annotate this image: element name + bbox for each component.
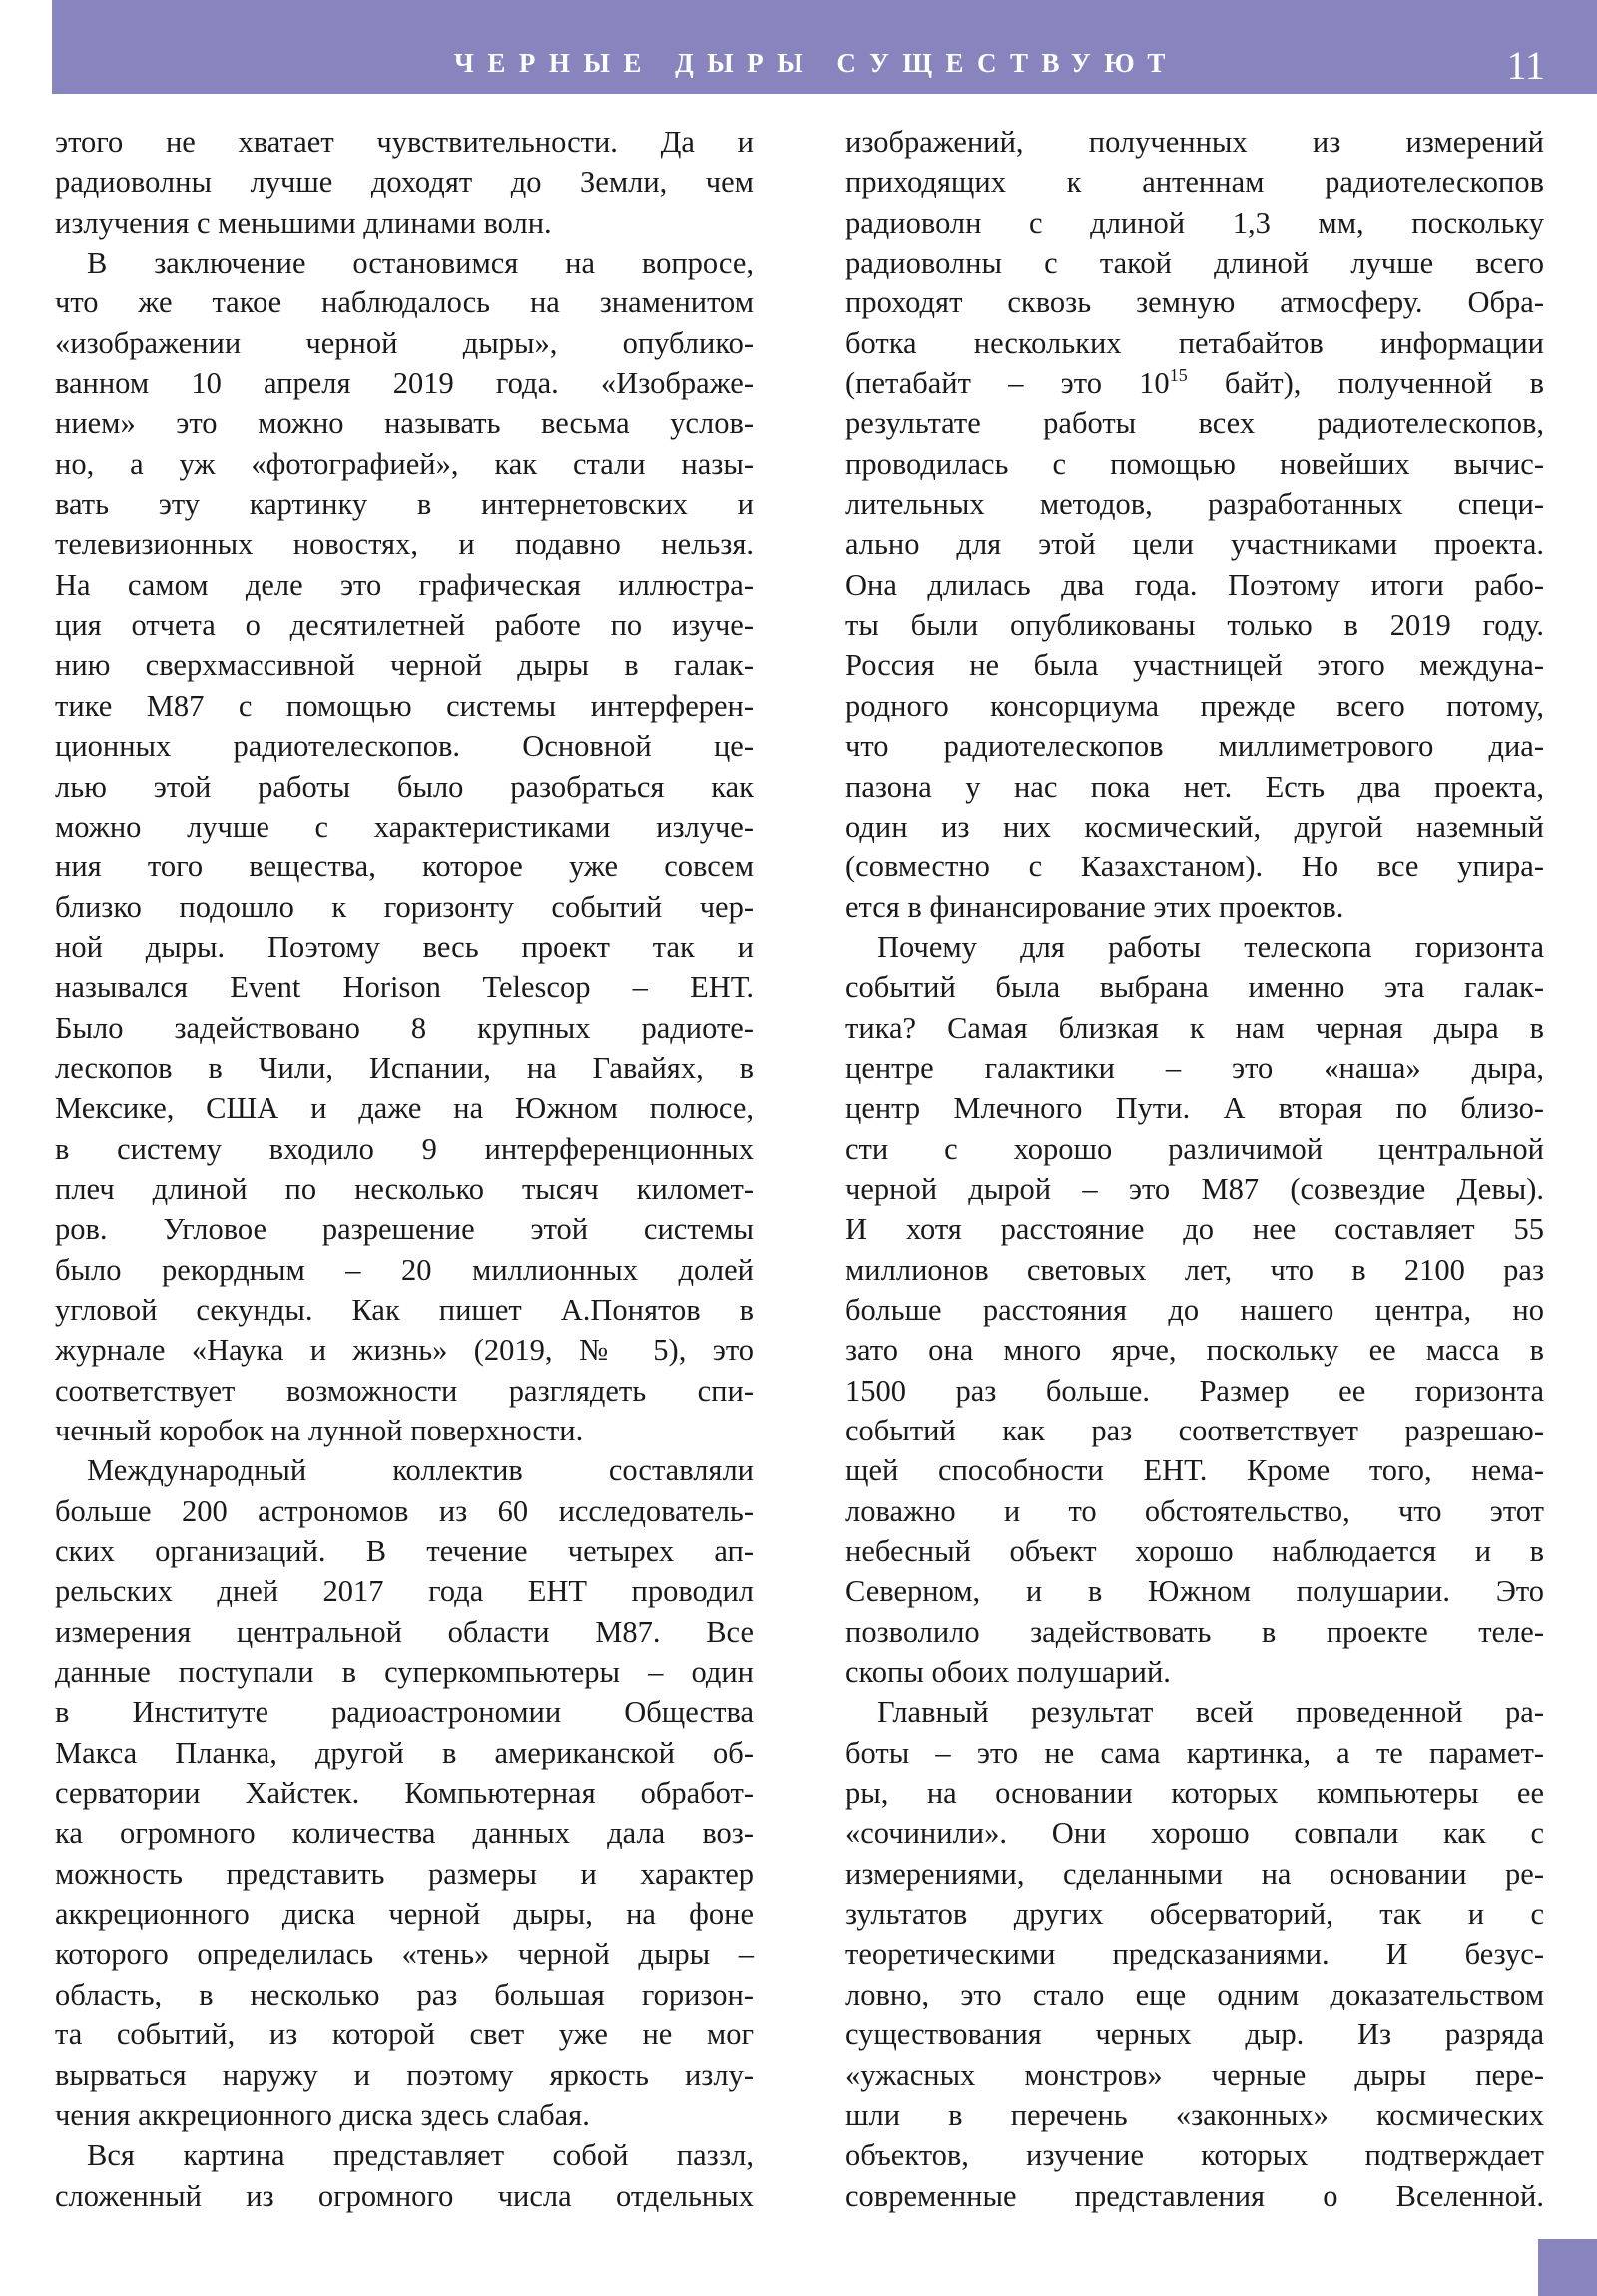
text-line: область, в несколько раз большая горизон… <box>55 1975 754 2014</box>
text-column-left: этого не хватает чувствительности. Да ир… <box>55 122 754 2216</box>
text-line: событий была выбрана именно эта галак- <box>845 967 1544 1007</box>
text-line: Северном, и в Южном полушарии. Это <box>845 1571 1544 1611</box>
line-text: современные представления о Вселенной. <box>845 2179 1544 2213</box>
line-text: ния того вещества, которое уже совсем <box>55 850 754 883</box>
line-text: существования черных дыр. Из разряда <box>845 2017 1544 2051</box>
text-column-right: изображений, полученных из измеренийприх… <box>845 122 1544 2216</box>
line-text: но, а уж «фотографией», как стали назы- <box>55 447 754 481</box>
text-line: ально для этой цели участниками проекта. <box>845 524 1544 564</box>
line-text: вать эту картинку в интернетовских и <box>55 487 754 521</box>
line-text: событий была выбрана именно эта галак- <box>845 970 1544 1004</box>
line-text: радиоволн с длиной 1,3 мм, поскольку <box>845 206 1544 240</box>
text-line: аккреционного диска черной дыры, на фоне <box>55 1894 754 1934</box>
text-line: нием» это можно называть весьма услов- <box>55 403 754 443</box>
line-text: Макса Планка, другой в американской об- <box>55 1736 754 1770</box>
line-text: сложенный из огромного числа отдельных <box>55 2179 754 2213</box>
line-text: соответствует возможности разглядеть спи… <box>55 1374 754 1408</box>
line-text: журнале «Наука и жизнь» (2019, № 5), это <box>55 1333 754 1367</box>
text-line: вать эту картинку в интернетовских и <box>55 484 754 524</box>
text-line: вырваться наружу и поэтому яркость излу- <box>55 2055 754 2095</box>
line-text: ловажно и то обстоятельство, что этот <box>845 1494 1544 1528</box>
text-line: этого не хватает чувствительности. Да и <box>55 122 754 162</box>
line-text: Почему для работы телескопа горизонта <box>877 930 1544 964</box>
text-line: «изображении черной дыры», опублико- <box>55 323 754 363</box>
text-line: объектов, изучение которых подтверждает <box>845 2135 1544 2175</box>
text-line: существования черных дыр. Из разряда <box>845 2014 1544 2054</box>
line-text: изображений, полученных из измерений <box>845 125 1544 159</box>
text-line: ционных радиотелескопов. Основной це- <box>55 726 754 766</box>
line-text: нием» это можно называть весьма услов- <box>55 406 754 440</box>
text-line: миллионов световых лет, что в 2100 раз <box>845 1250 1544 1290</box>
line-text: ально для этой цели участниками проекта. <box>845 527 1544 561</box>
line-text: можность представить размеры и характер <box>55 1857 754 1891</box>
line-text: Мексике, США и даже на Южном полюсе, <box>55 1091 754 1125</box>
text-line: Россия не была участницей этого междуна- <box>845 645 1544 685</box>
line-text: этого не хватает чувствительности. Да и <box>55 125 754 159</box>
line-text: На самом деле это графическая иллюстра- <box>55 568 754 602</box>
text-line: лительных методов, разработанных специ- <box>845 484 1544 524</box>
text-line: данные поступали в суперкомпьютеры – оди… <box>55 1652 754 1692</box>
text-line: ботка нескольких петабайтов информации <box>845 323 1544 363</box>
line-text: вырваться наружу и поэтому яркость излу- <box>55 2058 754 2092</box>
text-line: ских организаций. В течение четырех ап- <box>55 1531 754 1571</box>
line-text: шли в перечень «законных» космических <box>845 2098 1544 2132</box>
corner-decoration <box>1538 2239 1597 2296</box>
text-line: журнале «Наука и жизнь» (2019, № 5), это <box>55 1330 754 1370</box>
line-text: чечный коробок на лунной поверхности. <box>55 1414 583 1447</box>
text-line: изображений, полученных из измерений <box>845 122 1544 162</box>
line-text: ванном 10 апреля 2019 года. «Изображе- <box>55 366 754 400</box>
line-text: И хотя расстояние до нее составляет 55 <box>845 1212 1544 1246</box>
text-line: радиоволны лучше доходят до Земли, чем <box>55 162 754 202</box>
line-text: зато она много ярче, поскольку ее масса … <box>845 1333 1544 1367</box>
text-line: проводилась с помощью новейших вычис- <box>845 444 1544 484</box>
text-line: лескопов в Чили, Испании, на Гавайях, в <box>55 1048 754 1088</box>
line-text: (петабайт – это 10 <box>845 366 1170 400</box>
text-line: радиоволн с длиной 1,3 мм, поскольку <box>845 203 1544 243</box>
text-line: ты были опубликованы только в 2019 году. <box>845 605 1544 645</box>
line-text: проходят сквозь земную атмосферу. Обра- <box>845 286 1544 319</box>
line-text: Международный коллектив составляли <box>87 1453 754 1487</box>
text-line: Мексике, США и даже на Южном полюсе, <box>55 1088 754 1128</box>
line-text: центр Млечного Пути. А вторая по близо- <box>845 1091 1544 1125</box>
line-text: та событий, из которой свет уже не мог <box>55 2017 754 2051</box>
text-line: На самом деле это графическая иллюстра- <box>55 565 754 605</box>
line-text: измерения центральной области М87. Все <box>55 1615 754 1649</box>
text-line: ловно, это стало еще одним доказательств… <box>845 1975 1544 2014</box>
text-line: ния того вещества, которое уже совсем <box>55 847 754 886</box>
line-text: боты – это не сама картинка, а те параме… <box>845 1736 1544 1770</box>
superscript: 15 <box>1170 365 1188 385</box>
text-line: ция отчета о десятилетней работе по изуч… <box>55 605 754 645</box>
line-text: один из них космический, другой наземный <box>845 810 1544 844</box>
text-line: скопы обоих полушарий. <box>845 1652 1544 1692</box>
text-line: ется в финансирование этих проектов. <box>845 887 1544 927</box>
line-text: рельских дней 2017 года ЕНТ проводил <box>55 1574 754 1608</box>
text-line: родного консорциума прежде всего потому, <box>845 686 1544 726</box>
line-text: больше 200 астрономов из 60 исследовател… <box>55 1494 754 1528</box>
text-line: приходящих к антеннам радиотелескопов <box>845 162 1544 202</box>
text-line: центре галактики – это «наша» дыра, <box>845 1048 1544 1088</box>
text-line: ка огромного количества данных дала воз- <box>55 1813 754 1853</box>
text-line: в систему входило 9 интерференционных <box>55 1129 754 1169</box>
line-text: в Институте радиоастрономии Общества <box>55 1695 754 1729</box>
text-line: угловой секунды. Как пишет А.Понятов в <box>55 1290 754 1330</box>
text-line: Вся картина представляет собой паззл, <box>55 2135 754 2175</box>
text-line: зультатов других обсерваторий, так и с <box>845 1894 1544 1934</box>
line-text: результате работы всех радиотелескопов, <box>845 406 1544 440</box>
line-text: «ужасных монстров» черные дыры пере- <box>845 2058 1544 2092</box>
running-title: ЧЕРНЫЕ ДЫРЫ СУЩЕСТВУЮТ <box>454 48 1143 78</box>
line-text: пазона у нас пока нет. Есть два проекта, <box>845 770 1544 804</box>
line-text: «сочинили». Они хорошо совпали как с <box>845 1816 1544 1850</box>
line-text: центре галактики – это «наша» дыра, <box>845 1051 1544 1085</box>
line-text: радиоволны с такой длиной лучше всего <box>845 246 1544 280</box>
text-line: измерениями, сделанными на основании ре- <box>845 1854 1544 1894</box>
line-text: назывался Event Horison Telescop – ЕНТ. <box>55 970 754 1004</box>
text-line: назывался Event Horison Telescop – ЕНТ. <box>55 967 754 1007</box>
text-line: больше 200 астрономов из 60 исследовател… <box>55 1491 754 1531</box>
line-text: радиоволны лучше доходят до Земли, чем <box>55 165 754 199</box>
line-text: лескопов в Чили, Испании, на Гавайях, в <box>55 1051 754 1085</box>
line-text: излучения с меньшими длинами волн. <box>55 206 552 240</box>
line-text: Было задействовано 8 крупных радиоте- <box>55 1011 754 1045</box>
text-line: чечный коробок на лунной поверхности. <box>55 1411 754 1450</box>
line-text: Северном, и в Южном полушарии. Это <box>845 1574 1544 1608</box>
line-text: угловой секунды. Как пишет А.Понятов в <box>55 1293 754 1327</box>
line-text: черной дырой – это М87 (созвездие Девы). <box>845 1172 1544 1206</box>
text-line: тике М87 с помощью системы интерферен- <box>55 686 754 726</box>
text-line: «ужасных монстров» черные дыры пере- <box>845 2055 1544 2095</box>
text-line: тика? Самая близкая к нам черная дыра в <box>845 1008 1544 1048</box>
text-line: Макса Планка, другой в американской об- <box>55 1733 754 1773</box>
text-line: И хотя расстояние до нее составляет 55 <box>845 1209 1544 1249</box>
text-line: соответствует возможности разглядеть спи… <box>55 1371 754 1411</box>
line-text: сти с хорошо различимой центральной <box>845 1132 1544 1166</box>
text-line: сти с хорошо различимой центральной <box>845 1129 1544 1169</box>
text-line: теоретическими предсказаниями. И безус- <box>845 1934 1544 1974</box>
text-line: можно лучше с характеристиками излуче- <box>55 807 754 847</box>
line-text: чения аккреционного диска здесь слабая. <box>55 2098 590 2132</box>
text-line: событий как раз соответствует разрешаю- <box>845 1411 1544 1450</box>
line-text: серватории Хайстек. Компьютерная обработ… <box>55 1776 754 1810</box>
text-line: современные представления о Вселенной. <box>845 2176 1544 2216</box>
line-text-after: байт), полученной в <box>1188 366 1544 400</box>
text-line: в Институте радиоастрономии Общества <box>55 1692 754 1732</box>
line-text: область, в несколько раз большая горизон… <box>55 1978 754 2011</box>
line-text: лью этой работы было разобраться как <box>55 770 754 804</box>
line-text: ских организаций. В течение четырех ап- <box>55 1534 754 1568</box>
text-line: радиоволны с такой длиной лучше всего <box>845 243 1544 283</box>
line-text: что радиотелескопов миллиметрового диа- <box>845 729 1544 763</box>
line-text: ты были опубликованы только в 2019 году. <box>845 608 1544 642</box>
text-line: проходят сквозь земную атмосферу. Обра- <box>845 283 1544 322</box>
text-line: излучения с меньшими длинами волн. <box>55 203 754 243</box>
line-text: приходящих к антеннам радиотелескопов <box>845 165 1544 199</box>
text-line: зато она много ярче, поскольку ее масса … <box>845 1330 1544 1370</box>
header-band <box>52 0 1597 94</box>
line-text: событий как раз соответствует разрешаю- <box>845 1414 1544 1447</box>
line-text: ция отчета о десятилетней работе по изуч… <box>55 608 754 642</box>
text-line: небесный объект хорошо наблюдается и в <box>845 1531 1544 1571</box>
line-text: Вся картина представляет собой паззл, <box>87 2138 754 2172</box>
line-text: ционных радиотелескопов. Основной це- <box>55 729 754 763</box>
line-text: нию сверхмассивной черной дыры в галак- <box>55 648 754 682</box>
text-line: шли в перечень «законных» космических <box>845 2095 1544 2135</box>
text-line: больше расстояния до нашего центра, но <box>845 1290 1544 1330</box>
line-text: данные поступали в суперкомпьютеры – оди… <box>55 1655 754 1689</box>
text-line: черной дырой – это М87 (созвездие Девы). <box>845 1169 1544 1209</box>
text-line: центр Млечного Пути. А вторая по близо- <box>845 1088 1544 1128</box>
text-line: что же такое наблюдалось на знаменитом <box>55 283 754 322</box>
line-text: которого определилась «тень» черной дыры… <box>55 1937 754 1971</box>
line-text: ется в финансирование этих проектов. <box>845 890 1343 924</box>
text-line: щей способности ЕНТ. Кроме того, нема- <box>845 1450 1544 1490</box>
line-text: измерениями, сделанными на основании ре- <box>845 1857 1544 1891</box>
text-line: которого определилась «тень» черной дыры… <box>55 1934 754 1974</box>
text-line: ной дыры. Поэтому весь проект так и <box>55 927 754 967</box>
text-line: сложенный из огромного числа отдельных <box>55 2176 754 2216</box>
text-line: (петабайт – это 1015 байт), полученной в <box>845 363 1544 403</box>
text-line: результате работы всех радиотелескопов, <box>845 403 1544 443</box>
text-line: В заключение остановимся на вопросе, <box>55 243 754 283</box>
text-line: (совместно с Казахстаном). Но все упира- <box>845 847 1544 886</box>
text-line: было рекордным – 20 миллионных долей <box>55 1250 754 1290</box>
line-text: «изображении черной дыры», опублико- <box>55 326 754 360</box>
text-line: чения аккреционного диска здесь слабая. <box>55 2095 754 2135</box>
text-line: та событий, из которой свет уже не мог <box>55 2014 754 2054</box>
line-text: больше расстояния до нашего центра, но <box>845 1293 1544 1327</box>
text-line: Почему для работы телескопа горизонта <box>845 927 1544 967</box>
line-text: можно лучше с характеристиками излуче- <box>55 810 754 844</box>
text-line: ванном 10 апреля 2019 года. «Изображе- <box>55 363 754 403</box>
text-line: один из них космический, другой наземный <box>845 807 1544 847</box>
text-line: можность представить размеры и характер <box>55 1854 754 1894</box>
line-text: позволило задействовать в проекте теле- <box>845 1615 1544 1649</box>
line-text: тике М87 с помощью системы интерферен- <box>55 689 754 723</box>
line-text: скопы обоих полушарий. <box>845 1655 1171 1689</box>
text-line: ловажно и то обстоятельство, что этот <box>845 1491 1544 1531</box>
text-line: нию сверхмассивной черной дыры в галак- <box>55 645 754 685</box>
line-text: (совместно с Казахстаном). Но все упира- <box>845 850 1544 883</box>
text-line: плеч длиной по несколько тысяч километ- <box>55 1169 754 1209</box>
text-line: близко подошло к горизонту событий чер- <box>55 887 754 927</box>
line-text: лительных методов, разработанных специ- <box>845 487 1544 521</box>
line-text: В заключение остановимся на вопросе, <box>87 246 754 280</box>
line-text: объектов, изучение которых подтверждает <box>845 2138 1544 2172</box>
text-line: что радиотелескопов миллиметрового диа- <box>845 726 1544 766</box>
page-number: 11 <box>1506 44 1545 88</box>
line-text: аккреционного диска черной дыры, на фоне <box>55 1897 754 1931</box>
line-text: что же такое наблюдалось на знаменитом <box>55 286 754 319</box>
text-line: Было задействовано 8 крупных радиоте- <box>55 1008 754 1048</box>
text-line: боты – это не сама картинка, а те параме… <box>845 1733 1544 1773</box>
line-text: близко подошло к горизонту событий чер- <box>55 890 754 924</box>
line-text: ров. Угловое разрешение этой системы <box>55 1212 754 1246</box>
text-line: Она длилась два года. Поэтому итоги рабо… <box>845 565 1544 605</box>
line-text: щей способности ЕНТ. Кроме того, нема- <box>845 1453 1544 1487</box>
line-text: зультатов других обсерваторий, так и с <box>845 1897 1544 1931</box>
line-text: ной дыры. Поэтому весь проект так и <box>55 930 754 964</box>
line-text: ры, на основании которых компьютеры ее <box>845 1776 1544 1810</box>
line-text: 1500 раз больше. Размер ее горизонта <box>845 1374 1544 1408</box>
text-line: серватории Хайстек. Компьютерная обработ… <box>55 1773 754 1813</box>
line-text: миллионов световых лет, что в 2100 раз <box>845 1253 1544 1287</box>
text-line: лью этой работы было разобраться как <box>55 767 754 807</box>
text-line: позволило задействовать в проекте теле- <box>845 1612 1544 1652</box>
text-line: ры, на основании которых компьютеры ее <box>845 1773 1544 1813</box>
text-line: Главный результат всей проведенной ра- <box>845 1692 1544 1732</box>
text-line: «сочинили». Они хорошо совпали как с <box>845 1813 1544 1853</box>
text-line: измерения центральной области М87. Все <box>55 1612 754 1652</box>
line-text: ка огромного количества данных дала воз- <box>55 1816 754 1850</box>
line-text: ловно, это стало еще одним доказательств… <box>845 1978 1544 2011</box>
line-text: родного консорциума прежде всего потому, <box>845 689 1544 723</box>
line-text: проводилась с помощью новейших вычис- <box>845 447 1544 481</box>
line-text: Она длилась два года. Поэтому итоги рабо… <box>845 568 1544 602</box>
line-text: Россия не была участницей этого междуна- <box>845 648 1544 682</box>
line-text: ботка нескольких петабайтов информации <box>845 326 1544 360</box>
text-line: телевизионных новостях, и подавно нельзя… <box>55 524 754 564</box>
line-text: небесный объект хорошо наблюдается и в <box>845 1534 1544 1568</box>
line-text: тика? Самая близкая к нам черная дыра в <box>845 1011 1544 1045</box>
line-text: плеч длиной по несколько тысяч километ- <box>55 1172 754 1206</box>
text-line: 1500 раз больше. Размер ее горизонта <box>845 1371 1544 1411</box>
text-line: Международный коллектив составляли <box>55 1450 754 1490</box>
text-line: ров. Угловое разрешение этой системы <box>55 1209 754 1249</box>
text-line: пазона у нас пока нет. Есть два проекта, <box>845 767 1544 807</box>
line-text: телевизионных новостях, и подавно нельзя… <box>55 527 754 561</box>
line-text: теоретическими предсказаниями. И безус- <box>845 1937 1544 1971</box>
line-text: Главный результат всей проведенной ра- <box>877 1695 1544 1729</box>
text-line: рельских дней 2017 года ЕНТ проводил <box>55 1571 754 1611</box>
line-text: в систему входило 9 интерференционных <box>55 1132 754 1166</box>
line-text: было рекордным – 20 миллионных долей <box>55 1253 754 1287</box>
text-line: но, а уж «фотографией», как стали назы- <box>55 444 754 484</box>
